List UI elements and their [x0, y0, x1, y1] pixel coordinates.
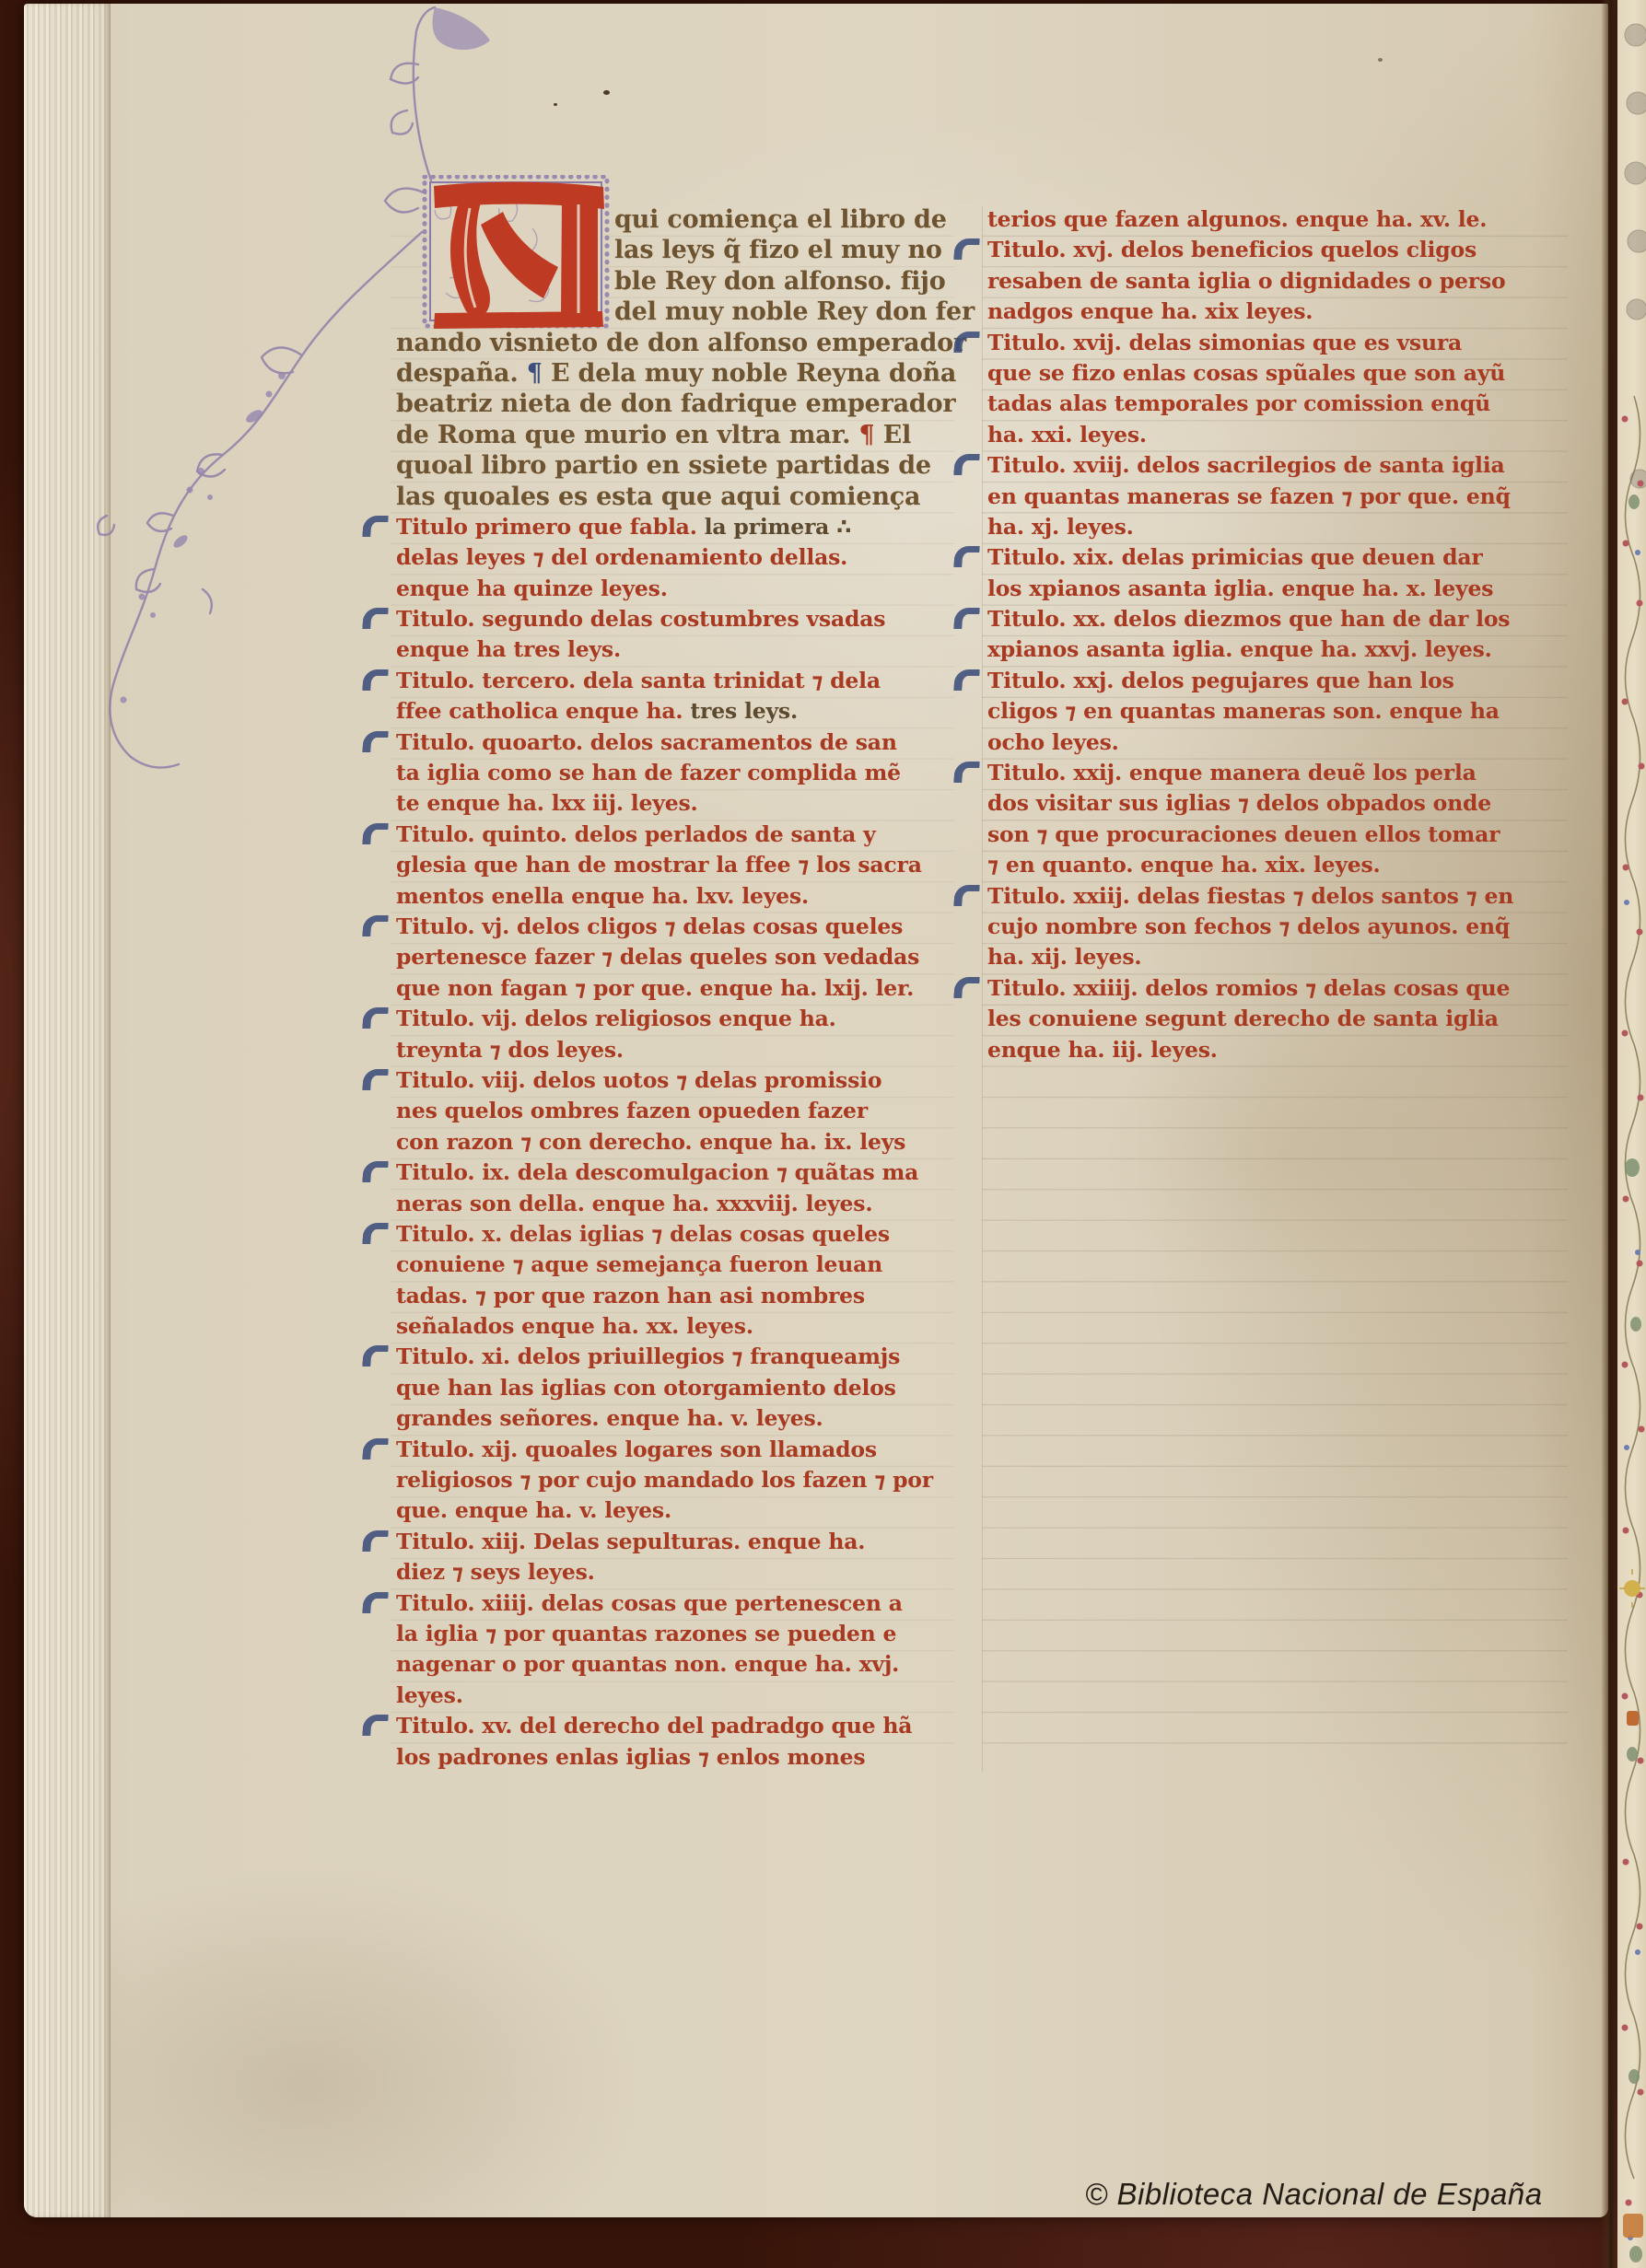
- text-segment: enque ha. iij. leyes.: [987, 1037, 1218, 1063]
- text-segment: delas leyes ⁊ del ordenamiento dellas.: [396, 544, 847, 570]
- text-segment: ⁊ en quanto. enque ha. xix. leyes.: [987, 852, 1381, 878]
- manuscript-line: la iglia ⁊ por quantas razones se pueden…: [396, 1619, 954, 1649]
- text-segment: Titulo. xvij. delas simonias que es vsur…: [987, 330, 1462, 355]
- pilcrow-mark: [954, 238, 979, 260]
- manuscript-line: Titulo primero que fabla. la primera ∴: [396, 512, 954, 542]
- text-segment: beatriz nieta de don fadrique emperador: [396, 390, 955, 418]
- text-segment: que han las iglias con otorgamiento delo…: [396, 1375, 896, 1401]
- manuscript-line: que non fagan ⁊ por que. enque ha. lxij.…: [396, 973, 954, 1004]
- text-segment: Titulo. xv. del derecho del padradgo que…: [396, 1713, 912, 1739]
- manuscript-line: ha. xxi. leyes.: [987, 420, 1566, 450]
- text-segment: son ⁊ que procuraciones deuen ellos toma…: [987, 821, 1500, 847]
- manuscript-line: ha. xij. leyes.: [987, 942, 1566, 972]
- manuscript-line: Titulo. xvj. delos beneficios quelos cli…: [987, 235, 1566, 265]
- text-segment: que. enque ha. v. leyes.: [396, 1497, 671, 1523]
- manuscript-line: Titulo. xxiij. delas fiestas ⁊ delos san…: [987, 881, 1566, 912]
- manuscript-line: Titulo. xviij. delos sacrilegios de sant…: [987, 450, 1566, 481]
- text-segment: ¶: [859, 421, 875, 449]
- manuscript-line: neras son della. enque ha. xxxviij. leye…: [396, 1189, 954, 1219]
- text-segment: Titulo. xxiij. delas fiestas ⁊ delos san…: [987, 883, 1513, 909]
- manuscript-line: resaben de santa iglia o dignidades o pe…: [987, 266, 1566, 297]
- text-segment: religiosos ⁊ por cujo mandado los fazen …: [396, 1467, 933, 1493]
- pilcrow-mark: [363, 1161, 388, 1182]
- text-segment: nando visnieto de don alfonso emperador: [396, 329, 966, 357]
- manuscript-line: enque ha quinze leyes.: [396, 574, 954, 604]
- manuscript-line: ha. xj. leyes.: [987, 512, 1566, 542]
- pilcrow-mark: [363, 1592, 388, 1613]
- text-segment: los padrones enlas iglias ⁊ enlos mones: [396, 1744, 865, 1770]
- text-segment: tadas. ⁊ por que razon han asi nombres: [396, 1283, 865, 1308]
- text-segment: nagenar o por quantas non. enque ha. xvj…: [396, 1651, 899, 1677]
- page-gutter-shadow: [1601, 0, 1619, 2268]
- manuscript-line: ble Rey don alfonso. fijo: [396, 266, 954, 297]
- text-segment: Titulo. xij. quoales logares son llamado…: [396, 1436, 877, 1462]
- text-segment: que non fagan ⁊ por que. enque ha. lxij.…: [396, 975, 914, 1001]
- text-segment: las leys q̃ fizo el muy no: [614, 236, 942, 264]
- manuscript-line: que. enque ha. v. leyes.: [396, 1495, 954, 1526]
- toc-entry: Titulo. xviij. delos sacrilegios de sant…: [987, 450, 1566, 542]
- toc-entry: Titulo. xvij. delas simonias que es vsur…: [987, 328, 1566, 451]
- text-segment: mentos enella enque ha. lxv. leyes.: [396, 883, 809, 909]
- pilcrow-mark: [363, 1069, 388, 1090]
- copyright-watermark: © Biblioteca Nacional de España: [1085, 2177, 1564, 2212]
- text-segment: ha. xj. leyes.: [987, 514, 1134, 540]
- manuscript-line: Titulo. vj. delos cligos ⁊ delas cosas q…: [396, 912, 954, 942]
- manuscript-line: Titulo. xij. quoales logares son llamado…: [396, 1435, 954, 1465]
- text-segment: enque ha quinze leyes.: [396, 576, 668, 601]
- text-segment: ffee catholica enque ha.: [396, 698, 690, 724]
- manuscript-line: tadas alas temporales por comission enqũ: [987, 389, 1566, 419]
- manuscript-line: Titulo. xi. delos priuillegios ⁊ franque…: [396, 1342, 954, 1372]
- pilcrow-mark: [363, 1223, 388, 1244]
- pilcrow-mark: [363, 823, 388, 844]
- text-segment: Titulo. segundo delas costumbres vsadas: [396, 606, 885, 632]
- text-segment: Titulo. quoarto. delos sacramentos de sa…: [396, 729, 897, 755]
- manuscript-line: tadas. ⁊ por que razon han asi nombres: [396, 1281, 954, 1311]
- text-segment: Titulo. vij. delos religiosos enque ha.: [396, 1006, 836, 1031]
- manuscript-line: los padrones enlas iglias ⁊ enlos mones: [396, 1742, 954, 1773]
- text-segment: pertenesce fazer ⁊ delas queles son veda…: [396, 944, 919, 970]
- toc-entry: Titulo. vij. delos religiosos enque ha.t…: [396, 1004, 954, 1065]
- toc-entry: Titulo. quinto. delos perlados de santa …: [396, 820, 954, 912]
- text-segment: les conuiene segunt derecho de santa igl…: [987, 1006, 1499, 1031]
- manuscript-line: beatriz nieta de don fadrique emperador: [396, 389, 954, 419]
- manuscript-line: conuiene ⁊ aque semejança fueron leuan: [396, 1250, 954, 1280]
- pilcrow-mark: [954, 977, 979, 998]
- manuscript-line: nes quelos ombres fazen opueden fazer: [396, 1096, 954, 1126]
- pilcrow-mark: [363, 1530, 388, 1552]
- manuscript-line: dos visitar sus iglias ⁊ delos obpados o…: [987, 788, 1566, 819]
- text-segment: Titulo primero que fabla.: [396, 514, 705, 540]
- manuscript-line: que han las iglias con otorgamiento delo…: [396, 1373, 954, 1403]
- pilcrow-mark: [363, 1715, 388, 1736]
- text-segment: de Roma que murio en vltra mar.: [396, 421, 859, 449]
- manuscript-line: Titulo. quinto. delos perlados de santa …: [396, 820, 954, 850]
- toc-entry: Titulo. xxiiij. delos romios ⁊ delas cos…: [987, 973, 1566, 1065]
- manuscript-line: del muy noble Rey don fer: [396, 297, 954, 327]
- manuscript-line: Titulo. viij. delos uotos ⁊ delas promis…: [396, 1065, 954, 1096]
- manuscript-line: diez ⁊ seys leyes.: [396, 1557, 954, 1588]
- toc-entry: Titulo. vj. delos cligos ⁊ delas cosas q…: [396, 912, 954, 1004]
- text-segment: las quoales es esta que aqui comiença: [396, 483, 920, 511]
- pilcrow-mark: [363, 516, 388, 537]
- manuscript-line: Titulo. x. delas iglias ⁊ delas cosas qu…: [396, 1219, 954, 1250]
- pilcrow-mark: [954, 454, 979, 475]
- text-segment: Titulo. ix. dela descomulgacion ⁊ quãtas…: [396, 1159, 918, 1185]
- text-segment: Titulo. x. delas iglias ⁊ delas cosas qu…: [396, 1221, 890, 1247]
- text-segment: Titulo. vj. delos cligos ⁊ delas cosas q…: [396, 913, 903, 939]
- pilcrow-mark: [954, 608, 979, 629]
- text-segment: quoal libro partio en ssiete partidas de: [396, 451, 931, 480]
- text-segment: Titulo. xxij. enque manera deuẽ los perl…: [987, 760, 1477, 785]
- text-segment: neras son della. enque ha. xxxviij. leye…: [396, 1191, 872, 1216]
- manuscript-line: Titulo. xix. delas primicias que deuen d…: [987, 542, 1566, 573]
- text-segment: que se fizo enlas cosas spũales que son …: [987, 360, 1505, 386]
- pilcrow-mark: [363, 669, 388, 691]
- manuscript-line: religiosos ⁊ por cujo mandado los fazen …: [396, 1465, 954, 1495]
- text-segment: ha. xxi. leyes.: [987, 422, 1147, 448]
- toc-entry: Titulo. xij. quoales logares son llamado…: [396, 1435, 954, 1527]
- text-segment: ha. xij. leyes.: [987, 944, 1141, 970]
- manuscript-line: Titulo. xxj. delos pegujares que han los: [987, 666, 1566, 696]
- toc-column-right: terios que fazen algunos. enque ha. xv. …: [987, 204, 1566, 1065]
- text-segment: treynta ⁊ dos leyes.: [396, 1037, 624, 1063]
- ink-speck: [1378, 58, 1383, 62]
- manuscript-line: de Roma que murio en vltra mar. ¶ El: [396, 420, 954, 450]
- manuscript-photo: qui comiença el libro delas leys q̃ fizo…: [0, 0, 1646, 2268]
- text-segment: cligos ⁊ en quantas maneras son. enque h…: [987, 698, 1500, 724]
- text-segment: diez ⁊ seys leyes.: [396, 1559, 595, 1585]
- toc-entry: Titulo. xiij. Delas sepulturas. enque ha…: [396, 1527, 954, 1588]
- text-segment: Titulo. xviij. delos sacrilegios de sant…: [987, 452, 1505, 478]
- manuscript-line: Titulo. tercero. dela santa trinidat ⁊ d…: [396, 666, 954, 696]
- manuscript-line: qui comiença el libro de: [396, 204, 954, 235]
- manuscript-line: terios que fazen algunos. enque ha. xv. …: [987, 204, 1566, 235]
- manuscript-line: pertenesce fazer ⁊ delas queles son veda…: [396, 942, 954, 972]
- toc-entry: Titulo. tercero. dela santa trinidat ⁊ d…: [396, 666, 954, 727]
- text-segment: Titulo. xvj. delos beneficios quelos cli…: [987, 237, 1477, 262]
- manuscript-line: Titulo. xx. delos diezmos que han de dar…: [987, 604, 1566, 634]
- text-segment: grandes señores. enque ha. v. leyes.: [396, 1405, 823, 1431]
- text-segment: tres leys.: [690, 698, 798, 724]
- text-segment: Titulo. xxiiij. delos romios ⁊ delas cos…: [987, 975, 1510, 1001]
- text-segment: los xpianos asanta iglia. enque ha. x. l…: [987, 576, 1493, 601]
- text-segment: ocho leyes.: [987, 729, 1119, 755]
- manuscript-line: xpianos asanta iglia. enque ha. xxvj. le…: [987, 634, 1566, 665]
- text-segment: ta iglia como se han de fazer complida m…: [396, 760, 901, 785]
- toc-entry: Titulo. segundo delas costumbres vsadase…: [396, 604, 954, 666]
- facing-page-border-decoration: [1617, 0, 1646, 2268]
- text-segment: con razon ⁊ con derecho. enque ha. ix. l…: [396, 1129, 905, 1155]
- manuscript-line: las leys q̃ fizo el muy no: [396, 235, 954, 265]
- text-segment: E dela muy noble Reyna doña: [543, 359, 956, 388]
- pilcrow-mark: [954, 762, 979, 783]
- pilcrow-mark: [363, 608, 388, 629]
- manuscript-line: delas leyes ⁊ del ordenamiento dellas.: [396, 542, 954, 573]
- pilcrow-mark: [363, 1438, 388, 1460]
- text-segment: cujo nombre son fechos ⁊ delos ayunos. e…: [987, 913, 1510, 939]
- text-segment: la iglia ⁊ por quantas razones se pueden…: [396, 1621, 896, 1646]
- toc-entry: Titulo. ix. dela descomulgacion ⁊ quãtas…: [396, 1157, 954, 1219]
- ink-speck: [603, 90, 610, 95]
- manuscript-line: Titulo. xxiiij. delos romios ⁊ delas cos…: [987, 973, 1566, 1004]
- opening-paragraph: qui comiença el libro delas leys q̃ fizo…: [396, 204, 954, 512]
- toc-entry: Titulo. viij. delos uotos ⁊ delas promis…: [396, 1065, 954, 1157]
- toc-entry: Titulo primero que fabla. la primera ∴de…: [396, 512, 954, 604]
- text-segment: conuiene ⁊ aque semejança fueron leuan: [396, 1251, 882, 1277]
- manuscript-line: Titulo. xxij. enque manera deuẽ los perl…: [987, 758, 1566, 788]
- manuscript-line: enque ha tres leys.: [396, 634, 954, 665]
- text-segment: xpianos asanta iglia. enque ha. xxvj. le…: [987, 636, 1492, 662]
- text-segment: Titulo. tercero. dela santa trinidat ⁊ d…: [396, 668, 881, 693]
- text-segment: terios que fazen algunos. enque ha. xv. …: [987, 206, 1487, 232]
- manuscript-line: ⁊ en quanto. enque ha. xix. leyes.: [987, 850, 1566, 880]
- manuscript-line: leyes.: [396, 1681, 954, 1711]
- toc-entry: Titulo. xi. delos priuillegios ⁊ franque…: [396, 1342, 954, 1434]
- text-segment: del muy noble Rey don fer: [614, 297, 975, 326]
- facing-page-edge: [1617, 0, 1646, 2268]
- manuscript-line: Titulo. xiiij. delas cosas que pertenesc…: [396, 1588, 954, 1619]
- text-segment: tadas alas temporales por comission enqũ: [987, 390, 1490, 416]
- toc-entry: Titulo. xvj. delos beneficios quelos cli…: [987, 235, 1566, 327]
- pilcrow-mark: [954, 885, 979, 906]
- manuscript-line: que se fizo enlas cosas spũales que son …: [987, 358, 1566, 389]
- manuscript-line: Titulo. xv. del derecho del padradgo que…: [396, 1711, 954, 1741]
- pilcrow-mark: [954, 331, 979, 353]
- manuscript-line: Titulo. ix. dela descomulgacion ⁊ quãtas…: [396, 1157, 954, 1188]
- text-segment: ble Rey don alfonso. fijo: [614, 267, 946, 296]
- manuscript-line: grandes señores. enque ha. v. leyes.: [396, 1403, 954, 1434]
- text-segment: despaña.: [396, 359, 527, 388]
- manuscript-line: despaña. ¶ E dela muy noble Reyna doña: [396, 358, 954, 389]
- text-segment: te enque ha. lxx iij. leyes.: [396, 790, 698, 816]
- text-segment: ¶: [527, 359, 543, 388]
- text-segment: resaben de santa iglia o dignidades o pe…: [987, 268, 1505, 294]
- manuscript-line: en quantas maneras se fazen ⁊ por que. e…: [987, 482, 1566, 512]
- manuscript-line: los xpianos asanta iglia. enque ha. x. l…: [987, 574, 1566, 604]
- text-segment: Titulo. xiiij. delas cosas que pertenesc…: [396, 1590, 903, 1616]
- toc-entry: Titulo. xxj. delos pegujares que han los…: [987, 666, 1566, 758]
- ink-speck: [554, 103, 557, 106]
- manuscript-line: son ⁊ que procuraciones deuen ellos toma…: [987, 820, 1566, 850]
- text-segment: nes quelos ombres fazen opueden fazer: [396, 1098, 868, 1123]
- manuscript-line: cligos ⁊ en quantas maneras son. enque h…: [987, 696, 1566, 727]
- manuscript-line: nando visnieto de don alfonso emperador: [396, 328, 954, 358]
- pilcrow-mark: [954, 546, 979, 567]
- text-segment: Titulo. xxj. delos pegujares que han los: [987, 668, 1454, 693]
- toc-entry: Titulo. xxiij. delas fiestas ⁊ delos san…: [987, 881, 1566, 973]
- shield-motif: [1627, 1711, 1639, 1726]
- toc-entry: Titulo. xv. del derecho del padradgo que…: [396, 1711, 954, 1773]
- toc-entry: Titulo. quoarto. delos sacramentos de sa…: [396, 727, 954, 820]
- toc-entry: terios que fazen algunos. enque ha. xv. …: [987, 204, 1566, 235]
- text-segment: qui comiença el libro de: [614, 205, 947, 234]
- manuscript-line: nagenar o por quantas non. enque ha. xvj…: [396, 1649, 954, 1680]
- manuscript-line: mentos enella enque ha. lxv. leyes.: [396, 881, 954, 912]
- toc-column-left: qui comiença el libro delas leys q̃ fizo…: [396, 204, 954, 1773]
- text-segment: El: [874, 421, 911, 449]
- manuscript-line: Titulo. segundo delas costumbres vsadas: [396, 604, 954, 634]
- text-segment: dos visitar sus iglias ⁊ delos obpados o…: [987, 790, 1491, 816]
- text-segment: nadgos enque ha. xix leyes.: [987, 298, 1313, 324]
- pilcrow-mark: [363, 731, 388, 752]
- text-segment: Titulo. viij. delos uotos ⁊ delas promis…: [396, 1067, 881, 1093]
- manuscript-line: Titulo. quoarto. delos sacramentos de sa…: [396, 727, 954, 758]
- pilcrow-mark: [954, 669, 979, 691]
- pilcrow-mark: [363, 915, 388, 936]
- text-segment: leyes.: [396, 1682, 463, 1708]
- manuscript-line: ffee catholica enque ha. tres leys.: [396, 696, 954, 727]
- manuscript-line: enque ha. iij. leyes.: [987, 1035, 1566, 1065]
- text-segment: glesia que han de mostrar la ffee ⁊ los …: [396, 852, 922, 878]
- manuscript-line: cujo nombre son fechos ⁊ delos ayunos. e…: [987, 912, 1566, 942]
- pilcrow-mark: [363, 1007, 388, 1029]
- text-segment: Titulo. xix. delas primicias que deuen d…: [987, 544, 1483, 570]
- text-segment: enque ha tres leys.: [396, 636, 621, 662]
- manuscript-line: con razon ⁊ con derecho. enque ha. ix. l…: [396, 1127, 954, 1157]
- text-segment: en quantas maneras se fazen ⁊ por que. e…: [987, 483, 1511, 509]
- text-segment: señalados enque ha. xx. leyes.: [396, 1313, 753, 1339]
- text-segment: Titulo. xi. delos priuillegios ⁊ franque…: [396, 1343, 900, 1369]
- text-segment: Titulo. xiij. Delas sepulturas. enque ha…: [396, 1529, 865, 1554]
- toc-entry: Titulo. xx. delos diezmos que han de dar…: [987, 604, 1566, 666]
- text-segment: Titulo. xx. delos diezmos que han de dar…: [987, 606, 1510, 632]
- manuscript-line: Titulo. xiij. Delas sepulturas. enque ha…: [396, 1527, 954, 1557]
- manuscript-line: las quoales es esta que aqui comiença: [396, 482, 954, 512]
- pilcrow-mark: [363, 1345, 388, 1367]
- manuscript-line: nadgos enque ha. xix leyes.: [987, 297, 1566, 327]
- manuscript-line: quoal libro partio en ssiete partidas de: [396, 450, 954, 481]
- manuscript-line: señalados enque ha. xx. leyes.: [396, 1311, 954, 1342]
- sun-motif: [1619, 1569, 1645, 1608]
- manuscript-line: treynta ⁊ dos leyes.: [396, 1035, 954, 1065]
- manuscript-line: ta iglia como se han de fazer complida m…: [396, 758, 954, 788]
- manuscript-line: glesia que han de mostrar la ffee ⁊ los …: [396, 850, 954, 880]
- toc-entry: Titulo. xxij. enque manera deuẽ los perl…: [987, 758, 1566, 881]
- manuscript-line: ocho leyes.: [987, 727, 1566, 758]
- page-edge-stack: [24, 4, 111, 2217]
- toc-entry: Titulo. x. delas iglias ⁊ delas cosas qu…: [396, 1219, 954, 1343]
- manuscript-line: Titulo. xvij. delas simonias que es vsur…: [987, 328, 1566, 358]
- manuscript-line: Titulo. vij. delos religiosos enque ha.: [396, 1004, 954, 1034]
- text-segment: la primera ∴: [705, 514, 852, 540]
- toc-entry: Titulo. xiiij. delas cosas que pertenesc…: [396, 1588, 954, 1712]
- toc-entry: Titulo. xix. delas primicias que deuen d…: [987, 542, 1566, 604]
- manuscript-line: te enque ha. lxx iij. leyes.: [396, 788, 954, 819]
- manuscript-line: les conuiene segunt derecho de santa igl…: [987, 1004, 1566, 1034]
- text-segment: Titulo. quinto. delos perlados de santa …: [396, 821, 876, 847]
